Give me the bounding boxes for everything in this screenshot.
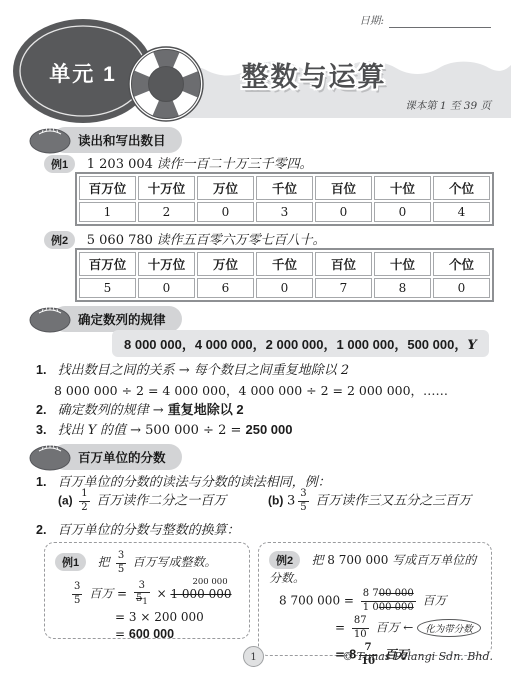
title-pre: 把 xyxy=(311,553,327,567)
item-3-answer: 250 000 xyxy=(246,422,293,437)
sequence-values: 8 000 000，4 000 000，2 000 000，1 000 000，… xyxy=(124,337,467,352)
math-line-1: 35 百万 = 351 × 200 0001 000 000 xyxy=(69,578,239,607)
example-2-reading: 读作五百零六万零七百八十。 xyxy=(157,233,326,248)
col-header: 十万位 xyxy=(138,176,195,200)
worked-example-2-title: 例2 把 8 700 000 写成百万单位的分数。 xyxy=(269,551,481,586)
unit-millions: 百万 xyxy=(89,587,113,601)
place-value-table-1: 百万位 十万位 万位 千位 百位 十位 个位 1 2 0 3 0 0 4 xyxy=(75,172,494,226)
item-number: 3. xyxy=(36,423,54,437)
sequence-variable: Y xyxy=(467,338,476,353)
col-header: 十万位 xyxy=(138,252,195,276)
item-2-answer: 重复地除以 2 xyxy=(168,402,244,417)
fraction-example-a: (a) 12 百万读作二分之一百万 xyxy=(58,489,226,513)
worked-example-1-box: 例1 把 35 百万写成整数。 35 百万 = 351 × 200 0001 0… xyxy=(44,542,250,639)
item-number: 1. xyxy=(36,363,54,377)
convert-note-bubble: 化为带分数 xyxy=(417,619,481,637)
col-header: 百位 xyxy=(315,252,372,276)
example-a-reading: 百万读作二分之一百万 xyxy=(96,493,226,508)
col-header: 个位 xyxy=(433,252,490,276)
fraction-example-b: (b) 335 百万读作三又五分之三百万 xyxy=(268,489,471,513)
worked-example-1-badge: 例1 xyxy=(55,553,86,571)
example-2-number: 5 060 780 xyxy=(87,233,153,248)
example-1-line: 例1 1 203 004 读作一百二十万三千零四。 xyxy=(44,153,313,173)
item-1-text: 找出数目之间的关系 → 每个数目之间重复地除以 2 xyxy=(58,363,350,378)
math-line-2: = 3 × 200 000 xyxy=(115,610,239,624)
times-sign: × xyxy=(157,587,167,601)
rugby-ball-icon xyxy=(28,304,74,334)
digit-cell: 0 xyxy=(197,202,254,222)
col-header: 万位 xyxy=(197,252,254,276)
math-line-1: 8 700 000 = 8 700 0001 000 000 百万 xyxy=(279,589,481,613)
equals-sign: = xyxy=(115,627,125,641)
worked-example-2-box: 例2 把 8 700 000 写成百万单位的分数。 8 700 000 = 8 … xyxy=(258,542,492,656)
textbook-page-ref: 课本第 1 至 39 页 xyxy=(405,98,491,113)
digit-cell: 0 xyxy=(315,202,372,222)
fraction-three-fifths: 35 xyxy=(72,582,82,606)
title-pre: 把 xyxy=(97,555,109,569)
math-line-2: = 8710 百万 ← 化为带分数 xyxy=(335,616,481,640)
rugby-ball-icon xyxy=(28,442,74,472)
item-3-pre: 找出 xyxy=(58,423,88,438)
equals-sign: = xyxy=(335,621,345,635)
rugby-ball-icon xyxy=(28,125,74,155)
example-b-label: (b) xyxy=(268,493,283,507)
example-2-line: 例2 5 060 780 读作五百零六万零七百八十。 xyxy=(44,229,326,249)
copyright-notice: © Tunas Pelangi Sdn. Bhd. xyxy=(342,650,493,663)
equals-sign: = xyxy=(344,594,354,608)
conversion-rule-item-2: 2. 百万单位的分数与整数的换算： xyxy=(36,519,240,538)
number-sequence-strip: 8 000 000，4 000 000，2 000 000，1 000 000，… xyxy=(112,330,489,357)
unit-millions: 百万 xyxy=(423,594,447,608)
conversion-rule-text: 百万单位的分数与整数的换算： xyxy=(58,523,240,538)
fraction-rule-item-1: 1. 百万单位的分数的读法与分数的读法相同，例： xyxy=(36,471,331,490)
col-header: 万位 xyxy=(197,176,254,200)
left-arrow-icon: ← xyxy=(403,621,413,635)
unit-badge: 单元 1 xyxy=(28,58,138,88)
col-header: 千位 xyxy=(256,176,313,200)
digit-cell: 8 xyxy=(374,278,431,298)
digit-cell: 0 xyxy=(256,278,313,298)
col-header: 十位 xyxy=(374,176,431,200)
worked-example-2-badge: 例2 xyxy=(269,551,300,569)
digit-cell: 6 xyxy=(197,278,254,298)
fraction-three-fifths: 35 xyxy=(116,551,126,575)
digit-cell: 0 xyxy=(433,278,490,298)
col-header: 百万位 xyxy=(79,176,136,200)
example-1-badge: 例1 xyxy=(44,155,75,173)
table-header-row: 百万位 十万位 万位 千位 百位 十位 个位 xyxy=(79,252,490,276)
item-number: 1. xyxy=(36,475,54,489)
table-value-row: 5 0 6 0 7 8 0 xyxy=(79,278,490,298)
page-number-badge: 1 xyxy=(243,646,264,667)
worked-example-1-title: 例1 把 35 百万写成整数。 xyxy=(55,551,239,575)
lifebuoy-icon xyxy=(129,47,203,121)
page-title: 整数与运算 xyxy=(214,55,414,94)
example-a-label: (a) xyxy=(58,493,73,507)
equals-sign: = xyxy=(117,587,127,601)
list-item-3: 3. 找出 Y 的值 → 500 000 ÷ 2 = 250 000 xyxy=(36,419,293,438)
col-header: 百万位 xyxy=(79,252,136,276)
example-1-reading: 读作一百二十万三千零四。 xyxy=(157,157,313,172)
col-header: 个位 xyxy=(433,176,490,200)
digit-cell: 3 xyxy=(256,202,313,222)
answer-value: 600 000 xyxy=(129,627,174,641)
table-value-row: 1 2 0 3 0 0 4 xyxy=(79,202,490,222)
digit-cell: 5 xyxy=(79,278,136,298)
digit-cell: 1 xyxy=(79,202,136,222)
digit-cell: 4 xyxy=(433,202,490,222)
example-2-badge: 例2 xyxy=(44,231,75,249)
lhs-number: 8 700 000 xyxy=(279,594,340,608)
fraction-one-half: 12 xyxy=(79,489,89,513)
item-3-variable: Y xyxy=(88,423,97,438)
title-post: 百万写成整数。 xyxy=(133,555,217,569)
list-item-1: 1. 找出数目之间的关系 → 每个数目之间重复地除以 2 8 000 000 ÷… xyxy=(36,359,448,399)
math-line-3: = 600 000 xyxy=(115,627,239,641)
example-b-reading: 百万读作三又五分之三百万 xyxy=(315,493,471,508)
cancelled-million: 200 0001 000 000 xyxy=(170,578,231,601)
example-b-whole: 3 xyxy=(287,493,295,508)
example-1-number: 1 203 004 xyxy=(87,157,153,172)
fraction-87-over-10: 8710 xyxy=(352,616,369,640)
col-header: 百位 xyxy=(315,176,372,200)
col-header: 千位 xyxy=(256,252,313,276)
unit-millions: 百万 xyxy=(375,621,399,635)
item-2-text: 确定数列的规律 → xyxy=(58,403,168,418)
title-number: 8 700 000 xyxy=(327,553,388,567)
place-value-table-2: 百万位 十万位 万位 千位 百位 十位 个位 5 0 6 0 7 8 0 xyxy=(75,248,494,302)
digit-cell: 0 xyxy=(138,278,195,298)
digit-cell: 0 xyxy=(374,202,431,222)
table-header-row: 百万位 十万位 万位 千位 百位 十位 个位 xyxy=(79,176,490,200)
section-3-heading: 百万单位的分数 xyxy=(28,444,182,474)
item-number: 2. xyxy=(36,403,54,417)
item-3-expression: 500 000 ÷ 2 = xyxy=(145,423,245,438)
fraction-rule-text: 百万单位的分数的读法与分数的读法相同，例： xyxy=(58,475,331,490)
digit-cell: 7 xyxy=(315,278,372,298)
digit-cell: 2 xyxy=(138,202,195,222)
item-number: 2. xyxy=(36,523,54,537)
cancelled-fraction: 351 xyxy=(134,581,150,607)
list-item-2: 2. 确定数列的规律 → 重复地除以 2 xyxy=(36,399,244,418)
item-1-equation: 8 000 000 ÷ 2 = 4 000 000，4 000 000 ÷ 2 … xyxy=(54,381,448,399)
item-3-mid: 的值 → xyxy=(100,423,145,438)
cancelled-big-fraction: 8 700 0001 000 000 xyxy=(361,589,416,613)
fraction-three-fifths: 35 xyxy=(298,489,308,513)
col-header: 十位 xyxy=(374,252,431,276)
